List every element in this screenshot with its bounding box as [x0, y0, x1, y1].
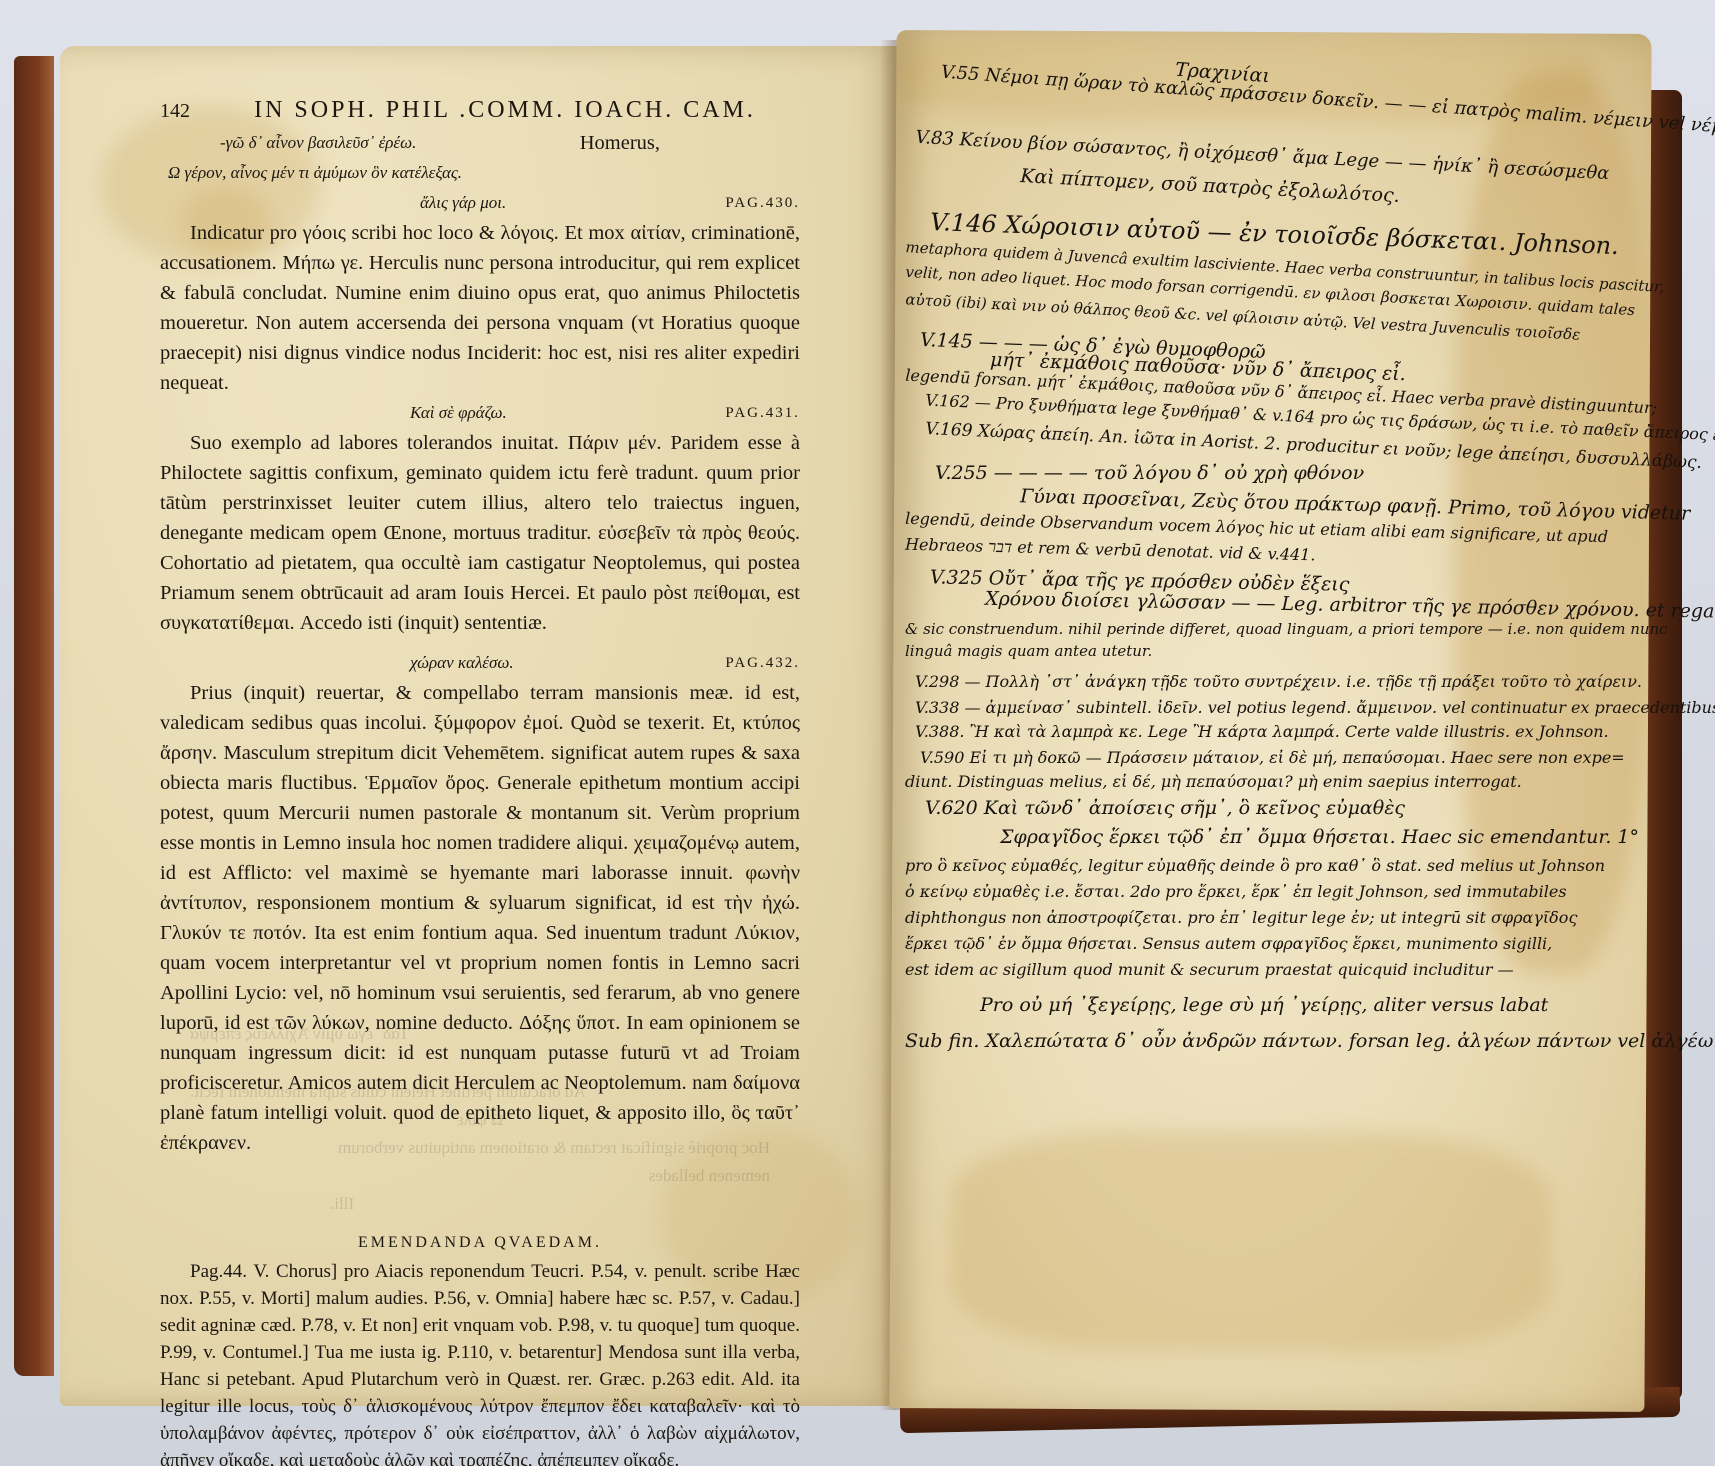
pag-ref: PAG.432. — [725, 648, 800, 678]
pag-ref: PAG.431. — [725, 398, 800, 428]
commentary-paragraph: Suo exemplo ad labores tolerandos inuita… — [160, 428, 800, 638]
annotation-line: V.338 — ἀμμείνασ᾽ subintell. ἰδεῖν. vel … — [915, 698, 1715, 717]
show-through-text: Τάδ᾽ ἐγὼ ὑμῖν Ἀχιλλεὺς ἔπεμψα Ad oraculu… — [190, 1020, 770, 1218]
running-head-title: IN SOPH. PHIL .COMM. IOACH. CAM. — [210, 95, 800, 125]
annotation-line: V.388. Ἢ καὶ τὰ λαμπρὰ κε. Lege Ἢ κάρτα … — [915, 722, 1609, 741]
homer-quote-line1: -γῶ δ᾽ αἶνον βασιλεῦσ᾽ ἐρέω. Homerus, — [160, 128, 800, 158]
annotation-line: diunt. Distinguas melius, εἰ δέ, μὴ πεπα… — [905, 772, 1522, 791]
page-number: 142 — [160, 96, 210, 126]
annotation-line: Pro οὐ μή ᾽ξεγείρῃς, lege σὺ μή ᾽γείρῃς,… — [980, 994, 1548, 1016]
pag-ref: PAG.430. — [725, 188, 800, 218]
emendanda-title: EMENDANDA QVAEDAM. — [160, 1228, 800, 1258]
annotation-line: V.255 — — — — τοῦ λόγου δ᾽ οὐ χρὴ φθόνον — [935, 462, 1364, 484]
annotation-line: ὁ κείνῳ εὐμαθὲς i.e. ἔσται. 2do pro ἕρκε… — [905, 882, 1567, 901]
annotation-line: pro ὃ κεῖνος εὐμαθές, legitur εὐμαθῆς de… — [905, 856, 1605, 875]
annotation-line: Sub fin. Χαλεπώτατα δ᾽ οὖν ἀνδρῶν πάντων… — [905, 1030, 1715, 1052]
water-stain — [950, 1130, 1551, 1353]
annotation-line: V.590 Εἰ τι μὴ δοκῶ — Πράσσειν μάταιον, … — [920, 748, 1625, 767]
annotation-line: Σφραγῖδος ἕρκει τῷδ᾽ ἐπ᾽ ὄμμα θήσεται. H… — [1000, 826, 1639, 848]
section-lemma: χώραν καλέσω. PAG.432. — [160, 648, 800, 678]
annotation-line: linguâ magis quam antea utetur. — [905, 642, 1152, 660]
homer-quote-line2: Ω γέρον, αἶνος μέν τι ἀμύμων ὃν κατέλεξα… — [160, 158, 800, 188]
section-lemma: Καὶ σὲ φράζω. PAG.431. — [160, 398, 800, 428]
annotation-line: diphthongus non ἀποστροφίζεται. pro ἐπ᾽ … — [905, 908, 1577, 927]
annotation-line: est idem ac sigillum quod munit & securu… — [905, 960, 1514, 979]
running-head: 142 IN SOPH. PHIL .COMM. IOACH. CAM. — [160, 95, 800, 126]
commentary-paragraph: Indicatur pro γόοις scribi hoc loco & λό… — [160, 218, 800, 398]
section-lemma: ἄλις γάρ μοι. PAG.430. — [160, 188, 800, 218]
homer-attribution: Homerus, — [580, 128, 800, 158]
annotation-line: V.620 Καὶ τῶνδ᾽ ἀποίσεις σῆμ᾽, ὃ κεῖνος … — [925, 797, 1405, 819]
annotation-line: ἕρκει τῷδ᾽ ἐν ὄμμα θήσεται. Sensus autem… — [905, 934, 1552, 953]
annotation-line: & sic construendum. nihil perinde differ… — [905, 620, 1668, 638]
emendanda-text: Pag.44. V. Chorus] pro Aiacis reponendum… — [160, 1258, 800, 1466]
annotation-line: V.298 — Πολλὴ ᾽στ᾽ ἀνάγκη τῇδε τοῦτο συν… — [915, 672, 1642, 691]
printed-text-block: 142 IN SOPH. PHIL .COMM. IOACH. CAM. -γῶ… — [160, 95, 800, 1466]
book-cover-left-edge — [14, 56, 54, 1376]
